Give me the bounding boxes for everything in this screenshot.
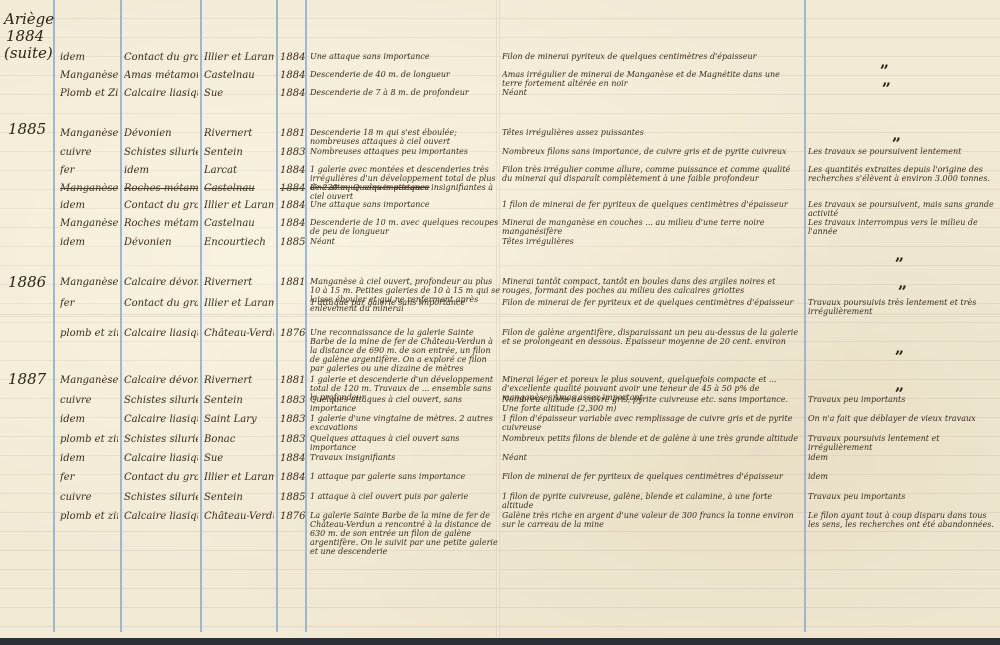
year-cell: 1876 bbox=[280, 328, 305, 340]
table-row: plomb et zinc Schistes siluriens Bonac 1… bbox=[0, 434, 1000, 454]
table-row: plomb et zinc Calcaire liasique Château-… bbox=[0, 511, 1000, 531]
year-cell: 1876 bbox=[280, 511, 305, 523]
substance-cell: Manganèse bbox=[60, 128, 118, 140]
observations-cell: Les quantités extraites depuis l'origine… bbox=[808, 165, 996, 183]
year-cell: 1884 bbox=[280, 88, 305, 100]
substance-cell: Manganèse bbox=[60, 277, 118, 289]
table-row: idem Dévonien Encourtiech 1885 Néant Têt… bbox=[0, 237, 1000, 257]
gite-cell: Nombreux filons de cuivre gris, pyrite c… bbox=[502, 395, 802, 413]
terrain-cell: Contact du granite et du calcaire liasiq… bbox=[124, 200, 198, 212]
commune-cell: Castelnau bbox=[204, 70, 274, 82]
travaux-cell: Descenderie 18 m qui s'est éboulée; nomb… bbox=[310, 128, 500, 146]
terrain-cell: Contact du granite et du calcaire liasiq… bbox=[124, 472, 198, 484]
travaux-cell: 1 attaque par galerie sans importance bbox=[310, 298, 500, 307]
gite-cell: Minerai tantôt compact, tantôt en boules… bbox=[502, 277, 802, 295]
travaux-cell: Une reconnaissance de la galerie Sainte … bbox=[310, 328, 500, 373]
travaux-cell: Une attaque sans importance bbox=[310, 200, 500, 209]
commune-cell: Illier et Laramade bbox=[204, 52, 274, 64]
travaux-cell: Nombreuses attaques peu importantes bbox=[310, 147, 500, 156]
commune-cell: Sentein bbox=[204, 492, 274, 504]
year-label: Ariège bbox=[4, 10, 54, 28]
gite-cell: 1 filon d'épaisseur variable avec rempli… bbox=[502, 414, 802, 432]
substance-cell: cuivre bbox=[60, 395, 118, 407]
year-cell: 1884 bbox=[280, 453, 305, 465]
year-cell: 1885 bbox=[280, 492, 305, 504]
gite-cell: Néant bbox=[502, 88, 802, 97]
commune-cell: Rivernert bbox=[204, 375, 274, 387]
commune-cell: Rivernert bbox=[204, 128, 274, 140]
table-row: plomb et zinc Calcaire liasique Château-… bbox=[0, 328, 1000, 348]
substance-cell: Manganèse bbox=[60, 375, 118, 387]
year-cell: 1883 bbox=[280, 414, 305, 426]
gite-cell: Filon très irrégulier comme allure, comm… bbox=[502, 165, 802, 183]
commune-cell: Sentein bbox=[204, 395, 274, 407]
gite-cell: Néant bbox=[502, 453, 802, 462]
year-label: 1884 bbox=[6, 27, 44, 45]
table-row: fer Contact du granite et du calcaire li… bbox=[0, 298, 1000, 318]
table-row: idem Calcaire liasique Sue 1884 Travaux … bbox=[0, 453, 1000, 473]
travaux-cell: 1 attaque par galerie sans importance bbox=[310, 472, 500, 481]
commune-cell: Larcat bbox=[204, 165, 274, 177]
substance-cell: fer bbox=[60, 165, 118, 177]
gite-cell: Nombreux petits filons de blende et de g… bbox=[502, 434, 802, 443]
table-row: cuivre Schistes siluriens Sentein 1883 Q… bbox=[0, 395, 1000, 415]
commune-cell: Sue bbox=[204, 88, 274, 100]
substance-cell: cuivre bbox=[60, 492, 118, 504]
year-cell: 1884 bbox=[280, 200, 305, 212]
year-cell: 1884 bbox=[280, 183, 305, 195]
substance-cell: plomb et zinc bbox=[60, 328, 118, 340]
terrain-cell: Contact du granit et du calcaire liasiqu… bbox=[124, 52, 198, 64]
table-row: Manganèse Roches métamorphiques de roche… bbox=[0, 218, 1000, 238]
gite-cell: Minerai de manganèse en couches ... au m… bbox=[502, 218, 802, 236]
substance-cell: cuivre bbox=[60, 147, 118, 159]
terrain-cell: Calcaire dévonien bbox=[124, 375, 198, 387]
travaux-cell: Descenderie de 7 à 8 m. de profondeur bbox=[310, 88, 500, 97]
observations-cell: Les travaux se poursuivent, mais sans gr… bbox=[808, 200, 996, 218]
observations-cell: idem bbox=[808, 472, 996, 481]
observations-cell: Travaux peu importants bbox=[808, 492, 996, 501]
gite-cell: Amas irrégulier de minerai de Manganèse … bbox=[502, 70, 802, 88]
travaux-cell: Descenderie de 40 m. de longueur bbox=[310, 70, 500, 79]
observations-cell: Le filon ayant tout à coup disparu dans … bbox=[808, 511, 996, 529]
year-cell: 1881 bbox=[280, 277, 305, 289]
table-row: Manganèse Calcaire dévonien Rivernert 18… bbox=[0, 277, 1000, 297]
terrain-cell: Schistes siluriens bbox=[124, 434, 198, 446]
commune-cell: Illier et Laramade bbox=[204, 298, 274, 310]
travaux-cell: Une attaque sans importance bbox=[310, 52, 500, 61]
substance-cell: idem bbox=[60, 414, 118, 426]
gite-cell: Têtes irrégulières assez puissantes bbox=[502, 128, 802, 137]
table-row: idem Contact du granite et du calcaire l… bbox=[0, 200, 1000, 220]
table-row: Plomb et Zinc Calcaire liasique Sue 1884… bbox=[0, 88, 1000, 108]
terrain-cell: Schistes siluriens bbox=[124, 147, 198, 159]
substance-cell: Plomb et Zinc bbox=[60, 88, 118, 100]
commune-cell: Encourtiech bbox=[204, 237, 274, 249]
year-cell: 1884 bbox=[280, 472, 305, 484]
substance-cell: Manganèse bbox=[60, 183, 118, 195]
terrain-cell: Dévonien bbox=[124, 128, 198, 140]
gite-cell: Têtes irrégulières bbox=[502, 237, 802, 246]
year-cell: 1881 bbox=[280, 375, 305, 387]
table-row: cuivre Schistes siluriens Sentein 1883 N… bbox=[0, 147, 1000, 167]
terrain-cell: Calcaire liasique bbox=[124, 328, 198, 340]
gite-cell: 1 filon de pyrite cuivreuse, galène, ble… bbox=[502, 492, 802, 510]
travaux-cell: La galerie Sainte Barbe de la mine de fe… bbox=[310, 511, 500, 556]
substance-cell: fer bbox=[60, 298, 118, 310]
year-cell: 1884 bbox=[280, 52, 305, 64]
commune-cell: Château-Verdun bbox=[204, 328, 274, 340]
travaux-cell: 1 attaque à ciel ouvert puis par galerie bbox=[310, 492, 500, 501]
year-cell: 1885 bbox=[280, 237, 305, 249]
table-row: Manganèse Amas métamorphiques de roches … bbox=[0, 70, 1000, 90]
observations-cell: Les travaux se poursuivent lentement bbox=[808, 147, 996, 156]
observations-cell: On n'a fait que déblayer de vieux travau… bbox=[808, 414, 996, 423]
commune-cell: Saint Lary bbox=[204, 414, 274, 426]
travaux-cell: Quelques attaques à ciel ouvert sans imp… bbox=[310, 434, 500, 452]
commune-cell: Illier et Laramade bbox=[204, 472, 274, 484]
terrain-cell: Dévonien bbox=[124, 237, 198, 249]
travaux-cell: Une attaque sans importance bbox=[310, 183, 500, 192]
terrain-cell: Roches métamorphiques de roches variées bbox=[124, 218, 198, 230]
terrain-cell: Contact du granite et du calcaire liasiq… bbox=[124, 298, 198, 310]
year-cell: 1884 bbox=[280, 218, 305, 230]
gite-cell: Filon de minerai de fer pyriteux de quel… bbox=[502, 472, 802, 481]
substance-cell: plomb et zinc bbox=[60, 434, 118, 446]
observations-cell: Les travaux interrompus vers le milieu d… bbox=[808, 218, 996, 236]
travaux-cell: Descenderie de 10 m. avec quelques recou… bbox=[310, 218, 500, 236]
terrain-cell: idem bbox=[124, 165, 198, 177]
commune-cell: Château-Verdun bbox=[204, 511, 274, 523]
terrain-cell: Schistes siluriens bbox=[124, 395, 198, 407]
substance-cell: plomb et zinc bbox=[60, 511, 118, 523]
table-row: Manganèse Dévonien Rivernert 1881 Descen… bbox=[0, 128, 1000, 148]
substance-cell: idem bbox=[60, 200, 118, 212]
terrain-cell: Calcaire liasique bbox=[124, 453, 198, 465]
travaux-cell: Néant bbox=[310, 237, 500, 246]
commune-cell: Castelnau bbox=[204, 183, 274, 195]
commune-cell: Castelnau bbox=[204, 218, 274, 230]
table-row: fer idem Larcat 1884 1 galerie avec mont… bbox=[0, 165, 1000, 185]
gite-cell: Filon de minerai de fer pyriteux et de q… bbox=[502, 298, 802, 307]
year-cell: 1884 bbox=[280, 165, 305, 177]
gite-cell: Nombreux filons sans importance, de cuiv… bbox=[502, 147, 802, 156]
commune-cell: Bonac bbox=[204, 434, 274, 446]
substance-cell: idem bbox=[60, 453, 118, 465]
terrain-cell: Calcaire liasique bbox=[124, 511, 198, 523]
table-row: idem Contact du granit et du calcaire li… bbox=[0, 52, 1000, 72]
substance-cell: Manganèse bbox=[60, 218, 118, 230]
year-cell: 1883 bbox=[280, 434, 305, 446]
year-cell: 1884 bbox=[280, 70, 305, 82]
terrain-cell: Amas métamorphiques de roches variées bbox=[124, 70, 198, 82]
commune-cell: Illier et Laramade bbox=[204, 200, 274, 212]
observations-cell: Travaux peu importants bbox=[808, 395, 996, 404]
table-row: cuivre Schistes siluriens Sentein 1885 1… bbox=[0, 492, 1000, 512]
terrain-cell: Calcaire liasique bbox=[124, 414, 198, 426]
year-cell: 1883 bbox=[280, 395, 305, 407]
table-row: fer Contact du granite et du calcaire li… bbox=[0, 472, 1000, 492]
commune-cell: Sentein bbox=[204, 147, 274, 159]
table-row: Manganèse Calcaire dévonien Rivernert 18… bbox=[0, 375, 1000, 395]
substance-cell: Manganèse bbox=[60, 70, 118, 82]
observations-cell: Travaux poursuivis très lentement et trè… bbox=[808, 298, 996, 316]
travaux-cell: Travaux insignifiants bbox=[310, 453, 500, 462]
observations-cell: Travaux poursuivis lentement et irréguli… bbox=[808, 434, 996, 452]
commune-cell: Rivernert bbox=[204, 277, 274, 289]
gite-cell: Galène très riche en argent d'une valeur… bbox=[502, 511, 802, 529]
observations-cell: idem bbox=[808, 453, 996, 462]
table-row: idem Calcaire liasique Saint Lary 1883 1… bbox=[0, 414, 1000, 434]
substance-cell: fer bbox=[60, 472, 118, 484]
terrain-cell: Schistes siluriens bbox=[124, 492, 198, 504]
year-cell: 1883 bbox=[280, 147, 305, 159]
travaux-cell: 1 galerie d'une vingtaine de mètres. 2 a… bbox=[310, 414, 500, 432]
substance-cell: idem bbox=[60, 52, 118, 64]
substance-cell: idem bbox=[60, 237, 118, 249]
travaux-cell: Quelques attaques à ciel ouvert, sans im… bbox=[310, 395, 500, 413]
year-cell: 1881 bbox=[280, 128, 305, 140]
gite-cell: Filon de galène argentifère, disparaissa… bbox=[502, 328, 802, 346]
gite-cell: 1 filon de minerai de fer pyriteux de qu… bbox=[502, 200, 802, 209]
terrain-cell: Calcaire dévonien bbox=[124, 277, 198, 289]
scan-edge bbox=[0, 638, 1000, 645]
commune-cell: Sue bbox=[204, 453, 274, 465]
register-page: Ariège1884(suite)188518861887 „„„„„„„ id… bbox=[0, 0, 1000, 638]
terrain-cell: Roches métamorphiques de roches variées bbox=[124, 183, 198, 195]
gite-cell: Filon de minerai pyriteux de quelques ce… bbox=[502, 52, 802, 61]
terrain-cell: Calcaire liasique bbox=[124, 88, 198, 100]
